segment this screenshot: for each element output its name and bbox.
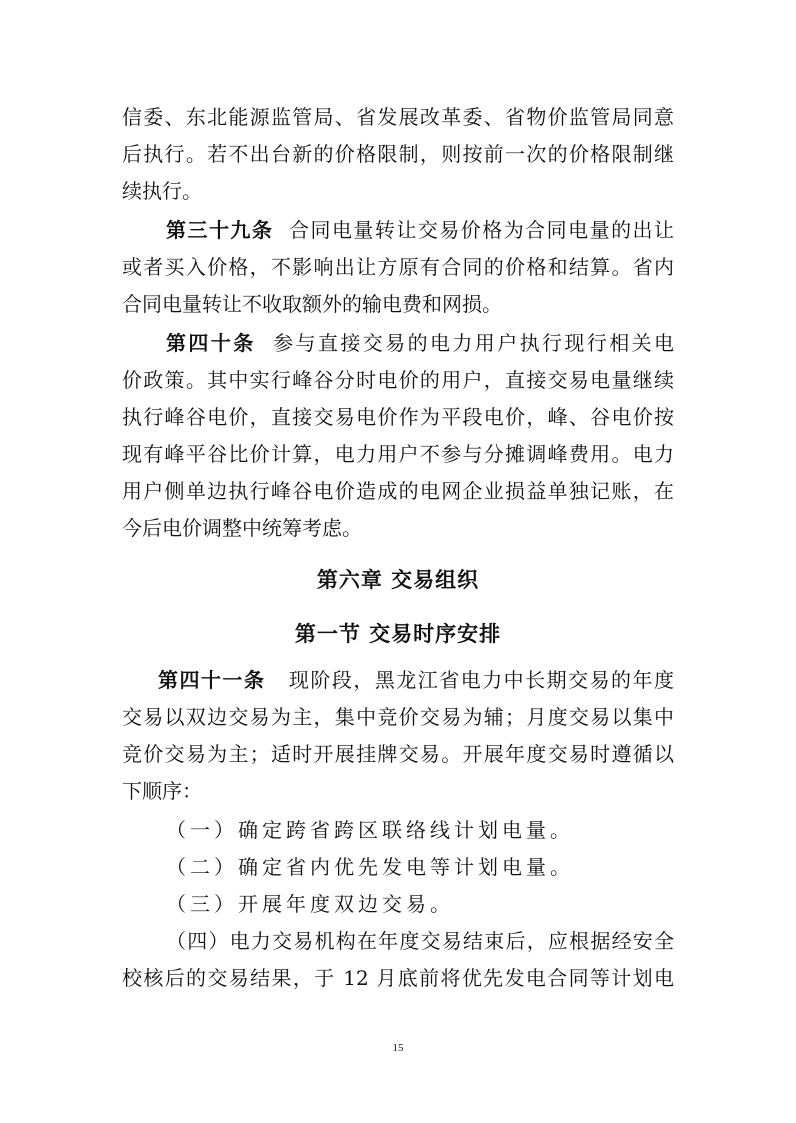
text-line: （四）电力交易机构在年度交易结束后，应根据经安全: [166, 923, 674, 960]
article-label: 第三十九条: [166, 218, 273, 242]
text-line: 执行峰谷电价，直接交易电价作为平段电价，峰、谷电价按: [122, 399, 674, 436]
text-line: 信委、东北能源监管局、省发展改革委、省物价监管局同意: [122, 99, 674, 136]
list-item: （三）开展年度双边交易。: [166, 886, 454, 923]
text-line: 价政策。其中实行峰谷分时电价的用户，直接交易电量继续: [122, 362, 674, 399]
text-line: 竞价交易为主；适时开展挂牌交易。开展年度交易时遵循以: [122, 736, 674, 773]
page-number: 15: [0, 1042, 796, 1054]
text-line: 交易以双边交易为主，集中竞价交易为辅；月度交易以集中: [122, 699, 674, 736]
text-line: 后执行。若不出台新的价格限制，则按前一次的价格限制继: [122, 136, 674, 173]
article-text: 现阶段，黑龙江省电力中长期交易的年度: [289, 668, 674, 692]
text-line: 第四十条 参与直接交易的电力用户执行现行相关电: [166, 325, 674, 362]
article-text: 参与直接交易的电力用户执行现行相关电: [273, 331, 674, 355]
article-label: 第四十一条: [158, 668, 265, 692]
text-line: 续执行。: [122, 173, 674, 210]
text-line: 第四十一条 现阶段，黑龙江省电力中长期交易的年度: [158, 662, 674, 699]
section-heading: 第一节 交易时序安排: [0, 618, 796, 648]
article-text: 合同电量转让交易价格为合同电量的出让: [289, 218, 674, 242]
text-line: 现有峰平谷比价计算，电力用户不参与分摊调峰费用。电力: [122, 436, 674, 473]
article-label: 第四十条: [166, 331, 256, 355]
text-line: 校核后的交易结果，于 12 月底前将优先发电合同等计划电: [122, 960, 674, 997]
document-page: 信委、东北能源监管局、省发展改革委、省物价监管局同意 后执行。若不出台新的价格限…: [0, 0, 796, 1123]
text-line: 第三十九条 合同电量转让交易价格为合同电量的出让: [166, 212, 674, 249]
text-line: 用户侧单边执行峰谷电价造成的电网企业损益单独记账，在: [122, 473, 674, 510]
text-line: 下顺序：: [122, 773, 674, 810]
chapter-heading: 第六章 交易组织: [0, 564, 796, 594]
text-line: 合同电量转让不收取额外的输电费和网损。: [122, 286, 674, 323]
text-line: 或者买入价格，不影响出让方原有合同的价格和结算。省内: [122, 249, 674, 286]
list-item: （二）确定省内优先发电等计划电量。: [166, 849, 574, 886]
text-line: 今后电价调整中统筹考虑。: [122, 510, 674, 547]
list-item: （一）确定跨省跨区联络线计划电量。: [166, 812, 574, 849]
